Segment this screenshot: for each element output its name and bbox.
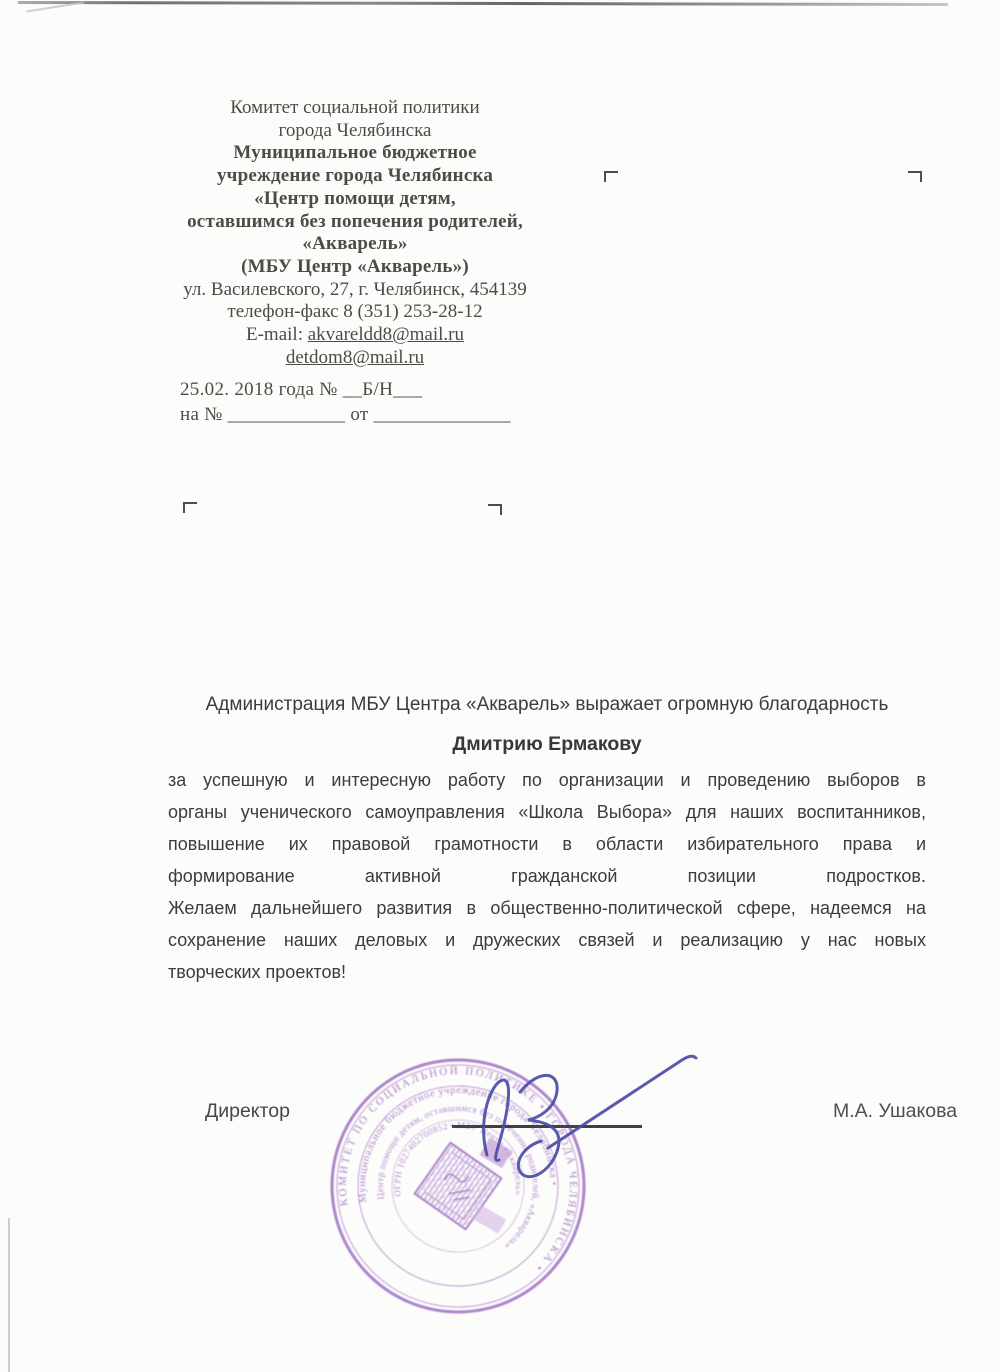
corner-mark-bottom-left [183, 502, 197, 513]
scanned-letter-page: Комитет социальной политики города Челяб… [0, 0, 1000, 1372]
body-line: формирование активной гражданской позици… [168, 860, 926, 892]
org-name-line: «Центр помощи детям, [155, 188, 555, 211]
org-name-line: Муниципальное бюджетное [155, 142, 555, 165]
email-prefix: E-mail: [246, 324, 308, 345]
scan-edge-artifact-left [8, 1218, 10, 1372]
scan-edge-artifact-top [18, 1, 948, 6]
director-title: Директор [205, 1100, 290, 1123]
body-line: сохранение наших деловых и дружеских свя… [168, 924, 926, 956]
body-line: органы ученического самоуправления «Школ… [168, 796, 926, 828]
address-line: ул. Василевского, 27, г. Челябинск, 4541… [155, 279, 555, 302]
org-name-line: оставшимся без попечения родителей, [155, 211, 555, 234]
phone-line: телефон-факс 8 (351) 253-28-12 [155, 301, 555, 324]
body-line: Желаем дальнейшего развития в общественн… [168, 892, 926, 924]
date-number-line: 25.02. 2018 года № __Б/Н___ [180, 378, 511, 403]
corner-mark-top-right [908, 171, 922, 182]
letterhead-line: города Челябинска [155, 120, 555, 143]
body-line: творческих проектов! [168, 956, 926, 988]
org-short-name-line: (МБУ Центр «Акварель») [155, 256, 555, 279]
letterhead: Комитет социальной политики города Челяб… [155, 97, 555, 369]
recipient-name: Дмитрию Ермакову [168, 733, 926, 756]
director-name: М.А. Ушакова [833, 1100, 957, 1123]
corner-mark-top-left [604, 171, 618, 182]
body-intro-line: Администрация МБУ Центра «Акварель» выра… [168, 694, 926, 716]
email-address-2: detdom8@mail.ru [286, 347, 424, 368]
org-name-line: «Акварель» [155, 233, 555, 256]
email-line-1: E-mail: akvareldd8@mail.ru [155, 324, 555, 347]
body-paragraph: за успешную и интересную работу по орган… [168, 764, 926, 988]
body-line: за успешную и интересную работу по орган… [168, 764, 926, 796]
email-address-1: akvareldd8@mail.ru [308, 324, 464, 345]
reference-block: 25.02. 2018 года № __Б/Н___ на № _______… [180, 378, 511, 427]
reply-reference-line: на № ____________ от ______________ [180, 403, 511, 428]
email-line-2: detdom8@mail.ru [155, 347, 555, 370]
letterhead-line: Комитет социальной политики [155, 97, 555, 120]
org-name-line: учреждение города Челябинска [155, 165, 555, 188]
body-line: повышение их правовой грамотности в обла… [168, 828, 926, 860]
corner-mark-bottom-right [488, 504, 502, 515]
handwritten-signature [430, 1040, 720, 1210]
